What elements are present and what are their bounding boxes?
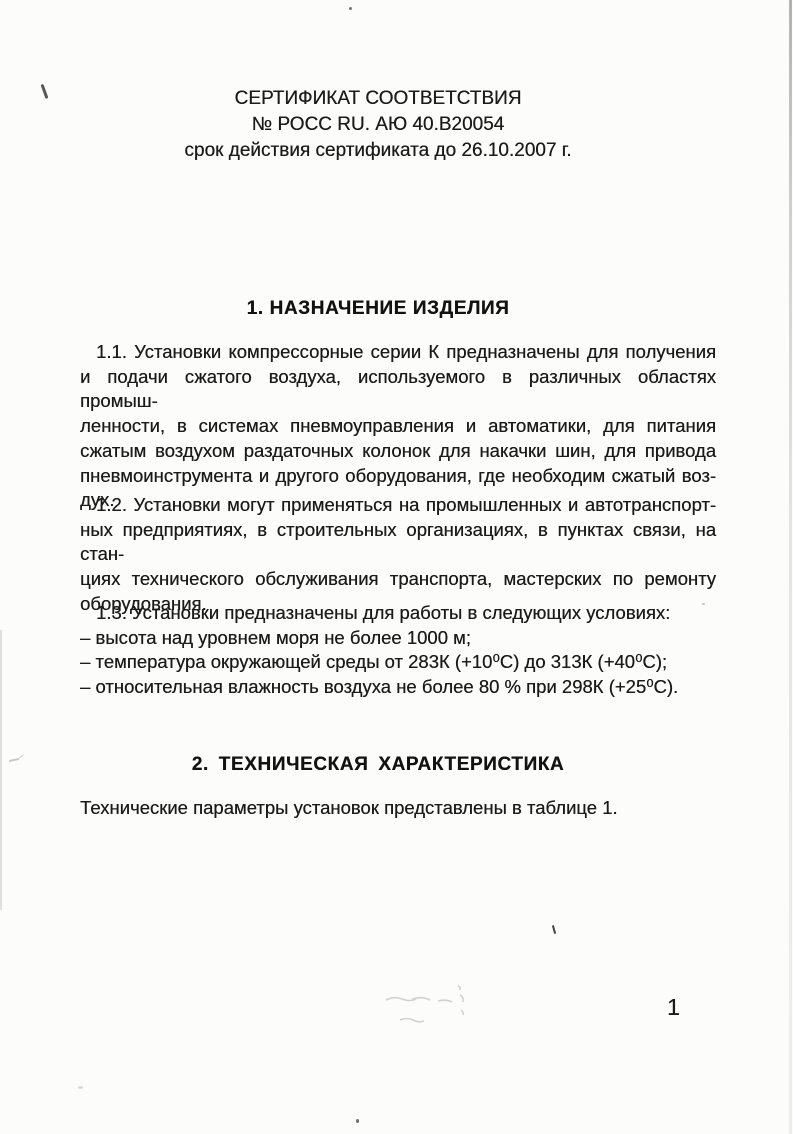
scan-speck [78,1086,83,1089]
text-line: циях технического обслуживания транспорт… [80,567,716,592]
paragraph-1-3: 1.3. Установки предназначены для работы … [80,601,716,700]
certificate-validity: срок действия сертификата до 26.10.2007 … [40,138,716,164]
paragraph-1-1: 1.1. Установки компрессорные серии К пре… [80,340,716,513]
paragraph-2-intro: Технические параметры установок представ… [80,796,716,821]
certificate-title: СЕРТИФИКАТ СООТВЕТСТВИЯ [40,86,716,112]
text-line: сжатым воздухом раздаточных колонок для … [80,439,716,464]
scan-speck [702,603,705,605]
scan-speck [349,7,352,10]
paragraph-1-2: 1.2. Установки могут применяться на пром… [80,493,716,617]
text-line: 1.2. Установки могут применяться на пром… [80,493,716,518]
text-line: ленности, в системах пневмоуправления и … [80,414,716,439]
scan-edge-shadow-left [0,630,2,910]
scan-edge-shadow-right [789,0,792,1134]
page-number: 1 [667,994,680,1021]
faint-pencil-smudge [348,980,508,1030]
section-2-heading: 2. ТЕХНИЧЕСКАЯ ХАРАКТЕРИСТИКА [40,754,716,776]
scanned-document-page: СЕРТИФИКАТ СООТВЕТСТВИЯ № РОСС RU. АЮ 40… [0,0,793,1134]
stray-ink-mark [552,925,557,934]
certificate-number: № РОСС RU. АЮ 40.В20054 [40,112,716,138]
text-line: пневмоинструмента и другого оборудования… [80,464,716,489]
text-line: и подачи сжатого воздуха, используемого … [80,365,716,414]
list-item-humidity: – относительная влажность воздуха не бол… [80,675,716,700]
section-1-heading: 1. НАЗНАЧЕНИЕ ИЗДЕЛИЯ [40,298,716,320]
scan-speck [356,1119,359,1123]
certificate-header: СЕРТИФИКАТ СООТВЕТСТВИЯ № РОСС RU. АЮ 40… [40,86,716,164]
text-line: 1.1. Установки компрессорные серии К пре… [80,340,716,365]
pencil-margin-mark [9,756,23,762]
list-item-altitude: – высота над уровнем моря не более 1000 … [80,626,716,651]
text-line: 1.3. Установки предназначены для работы … [80,601,716,626]
text-line: ных предприятиях, в строительных организ… [80,518,716,567]
list-item-temperature: – температура окружающей среды от 283К (… [80,650,716,675]
